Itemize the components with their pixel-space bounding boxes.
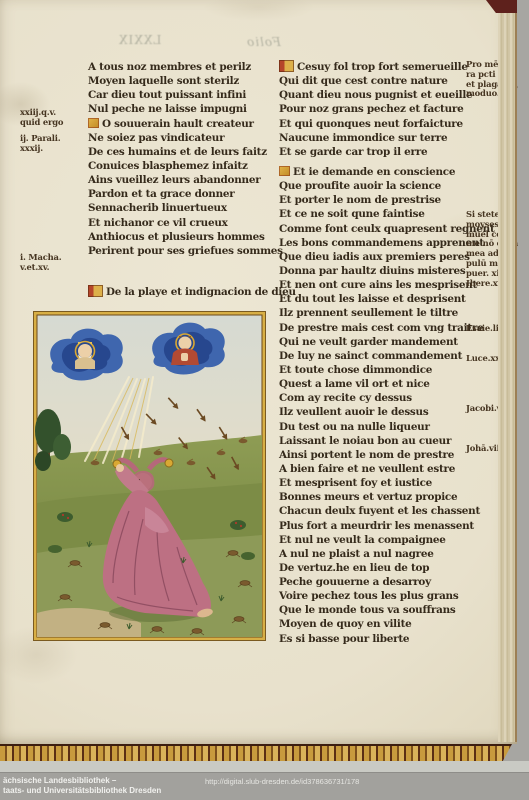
photo-caption-bar: ächsische Landesbibliothek – taats- und … — [0, 772, 529, 800]
text-line: O souuerain hault createur — [88, 117, 296, 131]
text-line: Nul peche ne laisse impugni — [88, 102, 296, 116]
margin-note: ij. Parali.xxxij. — [20, 134, 60, 154]
digital-url: http://digital.slub-dresden.de/id3786367… — [205, 777, 359, 786]
text-line: Chacun deulx fuyent et les chassent — [279, 504, 495, 518]
text-line: Peche gouuerne a desarroy — [279, 575, 495, 589]
paraph-mark-icon — [279, 60, 294, 72]
text-line: Et se garde car trop il erre — [279, 145, 495, 159]
scan-background-strip — [0, 761, 529, 772]
text-line: Ainsi portent le nom de prestre — [279, 448, 495, 462]
margin-note: xxiij.q.v.quid ergo — [20, 108, 63, 128]
text-line: Et porter le nom de prestrise — [279, 193, 495, 207]
text-line: Bonnes meurs et vertuz propice — [279, 490, 495, 504]
text-line: De luy ne sainct commandement — [279, 349, 495, 363]
page-scan: LXXIX Folio xxiij.q.v.quid ergoij. Paral… — [0, 0, 517, 744]
text-line: Ilz prennent seullement le tiltre — [279, 306, 495, 320]
library-name-line1: ächsische Landesbibliothek – — [3, 776, 161, 786]
text-line: Pour noz grans pechez et facture — [279, 102, 495, 116]
text-line: Qui ne veult garder mandement — [279, 335, 495, 349]
text-line: Et ie demande en conscience — [279, 165, 495, 179]
text-line: Pardon et ta grace donner — [88, 187, 296, 201]
text-line: Quest a lame vil ort et nice — [279, 377, 495, 391]
text-line: Quant dieu nous pugnist et eueille — [279, 88, 495, 102]
text-line: Et nen ont cure ains les mesprisent — [279, 278, 495, 292]
text-line: Et nul ne veult la compaignee — [279, 533, 495, 547]
left-text-column: A tous noz membres et perilzMoyen laquel… — [88, 60, 296, 299]
text-line: Perirent pour ses griefues sommes — [88, 244, 296, 258]
text-line: Comme font ceulx quapresent regnent — [279, 222, 495, 236]
library-name-line2: taats- und Universitätsbibliothek Dresde… — [3, 786, 161, 796]
text-line: Qui dit que cest contre nature — [279, 74, 495, 88]
text-line: Sennacherib linuertueux — [88, 201, 296, 215]
text-line: De vertuz.he en lieu de top — [279, 561, 495, 575]
text-line: Et du tout les laisse et desprisent — [279, 292, 495, 306]
text-line: Ilz veullent auoir le dessus — [279, 405, 495, 419]
text-line: Moyen de quoy en vilite — [279, 617, 495, 631]
text-line: Donna par haultz diuins misteres — [279, 264, 495, 278]
text-line: A bien faire et ne veullent estre — [279, 462, 495, 476]
text-line: Anthiocus et plusieurs hommes — [88, 230, 296, 244]
text-line: Du test ou na nulle liqueur — [279, 420, 495, 434]
text-line: Et toute chose dimmondice — [279, 363, 495, 377]
miniature-illustration — [33, 311, 266, 641]
mirrored-page-number: LXXIX — [118, 33, 161, 47]
text-line: Com ay recite cy dessus — [279, 391, 495, 405]
text-line: Conuices blasphemez infaitz — [88, 159, 296, 173]
text-line: Es si basse pour liberte — [279, 632, 495, 646]
text-line: Ne soiez pas vindicateur — [88, 131, 296, 145]
text-line: Car dieu tout puissant infini — [88, 88, 296, 102]
paraph-mark-icon — [279, 166, 290, 176]
library-name: ächsische Landesbibliothek – taats- und … — [3, 776, 161, 796]
text-line: Cesuy fol trop fort semerueille — [279, 60, 495, 74]
text-line: Naucune immondice sur terre — [279, 131, 495, 145]
text-line: Que dieu iadis aux premiers peres — [279, 250, 495, 264]
text-line: Laissant le noiau bon au cueur — [279, 434, 495, 448]
text-line: De ces humains et de leurs faitz — [88, 145, 296, 159]
text-line: Que proufite auoir la science — [279, 179, 495, 193]
text-line: Plus fort a meurdrir les menassent — [279, 519, 495, 533]
mirrored-folio-header: Folio — [246, 35, 281, 49]
text-line: A tous noz membres et perilz — [88, 60, 296, 74]
text-line: A nul ne plaist a nul nagree — [279, 547, 495, 561]
text-line: Et nichanor ce vil crueux — [88, 216, 296, 230]
text-line: Moyen laquelle sont sterilz — [88, 74, 296, 88]
text-line: De prestre mais cest com vng traitre — [279, 321, 495, 335]
page-fore-edge — [498, 4, 517, 742]
margin-note: i. Macha.v.et.xv. — [20, 253, 61, 273]
text-line: Et qui quonques neut forfaicture — [279, 117, 495, 131]
scan-viewer: LXXIX Folio xxiij.q.v.quid ergoij. Paral… — [0, 0, 529, 800]
text-line: Et ce ne soit qune faintise — [279, 207, 495, 221]
paraph-mark-icon — [88, 118, 99, 128]
text-line: Et mesprisent foy et iustice — [279, 476, 495, 490]
paraph-mark-icon — [88, 285, 103, 297]
text-line: Ains vueillez leurs abandonner — [88, 173, 296, 187]
right-text-column: Cesuy fol trop fort semerueilleQui dit q… — [279, 60, 495, 646]
text-line: De la playe et indignacion de dieu — [88, 285, 296, 299]
text-line: Voire pechez tous les plus grans — [279, 589, 495, 603]
text-line: Les bons commandemens apprenent — [279, 236, 495, 250]
text-line: Que le monde tous va souffrans — [279, 603, 495, 617]
